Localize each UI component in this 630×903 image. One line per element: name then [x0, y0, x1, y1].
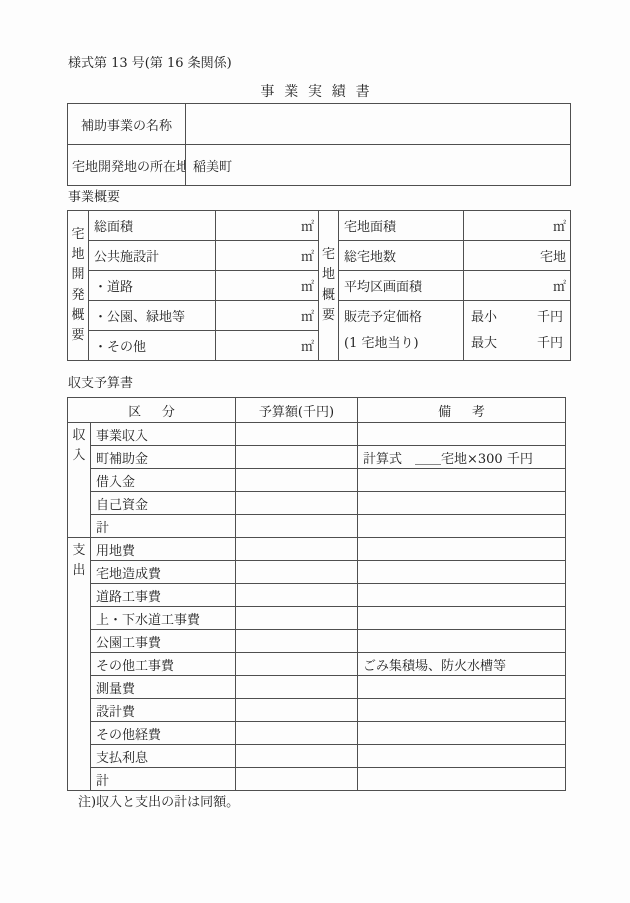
table-row: 宅地開発概要 総面積 ㎡ 宅地概要 宅地面積 ㎡: [68, 211, 571, 241]
amount-cell: [236, 745, 358, 768]
remarks-cell: [358, 561, 566, 584]
amount-cell: [236, 446, 358, 469]
remarks-cell: [358, 768, 566, 791]
table-header-row: 区分 予算額(千円) 備考: [68, 398, 566, 423]
remarks-cell: [358, 630, 566, 653]
expense-label-cell: 用地費: [91, 538, 236, 561]
table-row: 補助事業の名称: [68, 104, 571, 145]
table-row: 町補助金 計算式 ＿＿宅地×300 千円: [68, 446, 566, 469]
project-name-label: 補助事業の名称: [68, 104, 186, 145]
remarks-header: 備考: [358, 398, 566, 423]
section-title-overview: 事業概要: [68, 190, 630, 206]
amount-cell: [236, 561, 358, 584]
total-lots-label: 総宅地数: [339, 241, 464, 271]
income-label-cell: 計: [91, 515, 236, 538]
income-label-cell: 自己資金: [91, 492, 236, 515]
amount-cell: [236, 722, 358, 745]
table-row: 借入金: [68, 469, 566, 492]
expense-label-cell: その他経費: [91, 722, 236, 745]
public-facility-label: 公共施設計: [89, 241, 216, 271]
remarks-cell: [358, 469, 566, 492]
remarks-cell: [358, 745, 566, 768]
income-label-cell: 事業収入: [91, 423, 236, 446]
amount-cell: [236, 653, 358, 676]
expense-label-cell: 支払利息: [91, 745, 236, 768]
average-lot-area-unit: ㎡: [464, 271, 571, 301]
table-row: 道路工事費: [68, 584, 566, 607]
lot-overview-vertical-header: 宅地概要: [319, 211, 339, 361]
amount-cell: [236, 768, 358, 791]
form-number: 様式第 13 号(第 16 条関係): [68, 0, 630, 72]
remarks-cell: [358, 515, 566, 538]
expense-label-cell: 設計費: [91, 699, 236, 722]
development-overview-vertical-header: 宅地開発概要: [68, 211, 89, 361]
parks-green-unit: ㎡: [216, 301, 319, 331]
total-area-label: 総面積: [89, 211, 216, 241]
amount-header: 予算額(千円): [236, 398, 358, 423]
parks-green-label: ・公園、緑地等: [89, 301, 216, 331]
lot-area-label: 宅地面積: [339, 211, 464, 241]
remarks-cell: [358, 607, 566, 630]
table-row: 支払利息: [68, 745, 566, 768]
table-row: 宅地造成費: [68, 561, 566, 584]
remarks-cell: 計算式 ＿＿宅地×300 千円: [358, 446, 566, 469]
table-row: 計: [68, 768, 566, 791]
table-row: その他経費: [68, 722, 566, 745]
price-max-label: 最大: [471, 331, 497, 357]
expense-label-cell: 上・下水道工事費: [91, 607, 236, 630]
remarks-cell: [358, 538, 566, 561]
expense-label-cell: 計: [91, 768, 236, 791]
table-row: 上・下水道工事費: [68, 607, 566, 630]
expense-label-cell: 公園工事費: [91, 630, 236, 653]
other-area-unit: ㎡: [216, 331, 319, 361]
document-page: 様式第 13 号(第 16 条関係) 事業実績書 補助事業の名称 宅地開発地の所…: [0, 0, 630, 903]
other-area-label: ・その他: [89, 331, 216, 361]
public-facility-unit: ㎡: [216, 241, 319, 271]
expense-label-cell: 道路工事費: [91, 584, 236, 607]
remarks-cell: ごみ集積場、防火水槽等: [358, 653, 566, 676]
remarks-cell: [358, 584, 566, 607]
remarks-cell: [358, 423, 566, 446]
table-row: 宅地開発地の所在地 稲美町: [68, 145, 571, 186]
expense-vertical-header: 支出: [68, 538, 91, 791]
amount-cell: [236, 469, 358, 492]
roads-label: ・道路: [89, 271, 216, 301]
amount-cell: [236, 676, 358, 699]
remarks-cell: [358, 699, 566, 722]
income-vertical-header: 収入: [68, 423, 91, 538]
footnote: 注)収入と支出の計は同額。: [78, 795, 630, 811]
table-row: 支出 用地費: [68, 538, 566, 561]
amount-cell: [236, 515, 358, 538]
table-row: 収入 事業収入: [68, 423, 566, 446]
remarks-cell: [358, 722, 566, 745]
table-row: 公園工事費: [68, 630, 566, 653]
table-row: 自己資金: [68, 492, 566, 515]
average-lot-area-label: 平均区画面積: [339, 271, 464, 301]
roads-unit: ㎡: [216, 271, 319, 301]
table-row: 測量費: [68, 676, 566, 699]
price-max-unit: 千円: [537, 331, 563, 357]
total-area-unit: ㎡: [216, 211, 319, 241]
income-label-cell: 借入金: [91, 469, 236, 492]
location-label: 宅地開発地の所在地: [68, 145, 186, 186]
category-header: 区分: [68, 398, 236, 423]
amount-cell: [236, 538, 358, 561]
table-row: 計: [68, 515, 566, 538]
amount-cell: [236, 492, 358, 515]
section-title-budget: 収支予算書: [68, 376, 630, 392]
page-title: 事業実績書: [0, 83, 630, 101]
project-name-value: [186, 104, 571, 145]
amount-cell: [236, 630, 358, 653]
price-min-label: 最小: [471, 305, 497, 331]
table-row: その他工事費 ごみ集積場、防火水槽等: [68, 653, 566, 676]
budget-table: 区分 予算額(千円) 備考 収入 事業収入 町補助金 計算式 ＿＿宅地×300 …: [67, 397, 566, 791]
planned-sale-price-label: 販売予定価格 (1 宅地当り): [339, 301, 464, 361]
planned-sale-price-value: 最小 千円 最大 千円: [464, 301, 571, 361]
remarks-cell: [358, 676, 566, 699]
expense-label-cell: 測量費: [91, 676, 236, 699]
expense-label-cell: その他工事費: [91, 653, 236, 676]
location-value: 稲美町: [186, 145, 571, 186]
expense-label-cell: 宅地造成費: [91, 561, 236, 584]
amount-cell: [236, 699, 358, 722]
price-min-unit: 千円: [537, 305, 563, 331]
table-row: 設計費: [68, 699, 566, 722]
amount-cell: [236, 607, 358, 630]
income-label-cell: 町補助金: [91, 446, 236, 469]
project-overview-table: 宅地開発概要 総面積 ㎡ 宅地概要 宅地面積 ㎡ 公共施設計 ㎡ 総宅地数 宅地…: [67, 210, 571, 361]
amount-cell: [236, 423, 358, 446]
remarks-cell: [358, 492, 566, 515]
total-lots-unit: 宅地: [464, 241, 571, 271]
basic-info-table: 補助事業の名称 宅地開発地の所在地 稲美町: [67, 103, 571, 186]
lot-area-unit: ㎡: [464, 211, 571, 241]
amount-cell: [236, 584, 358, 607]
